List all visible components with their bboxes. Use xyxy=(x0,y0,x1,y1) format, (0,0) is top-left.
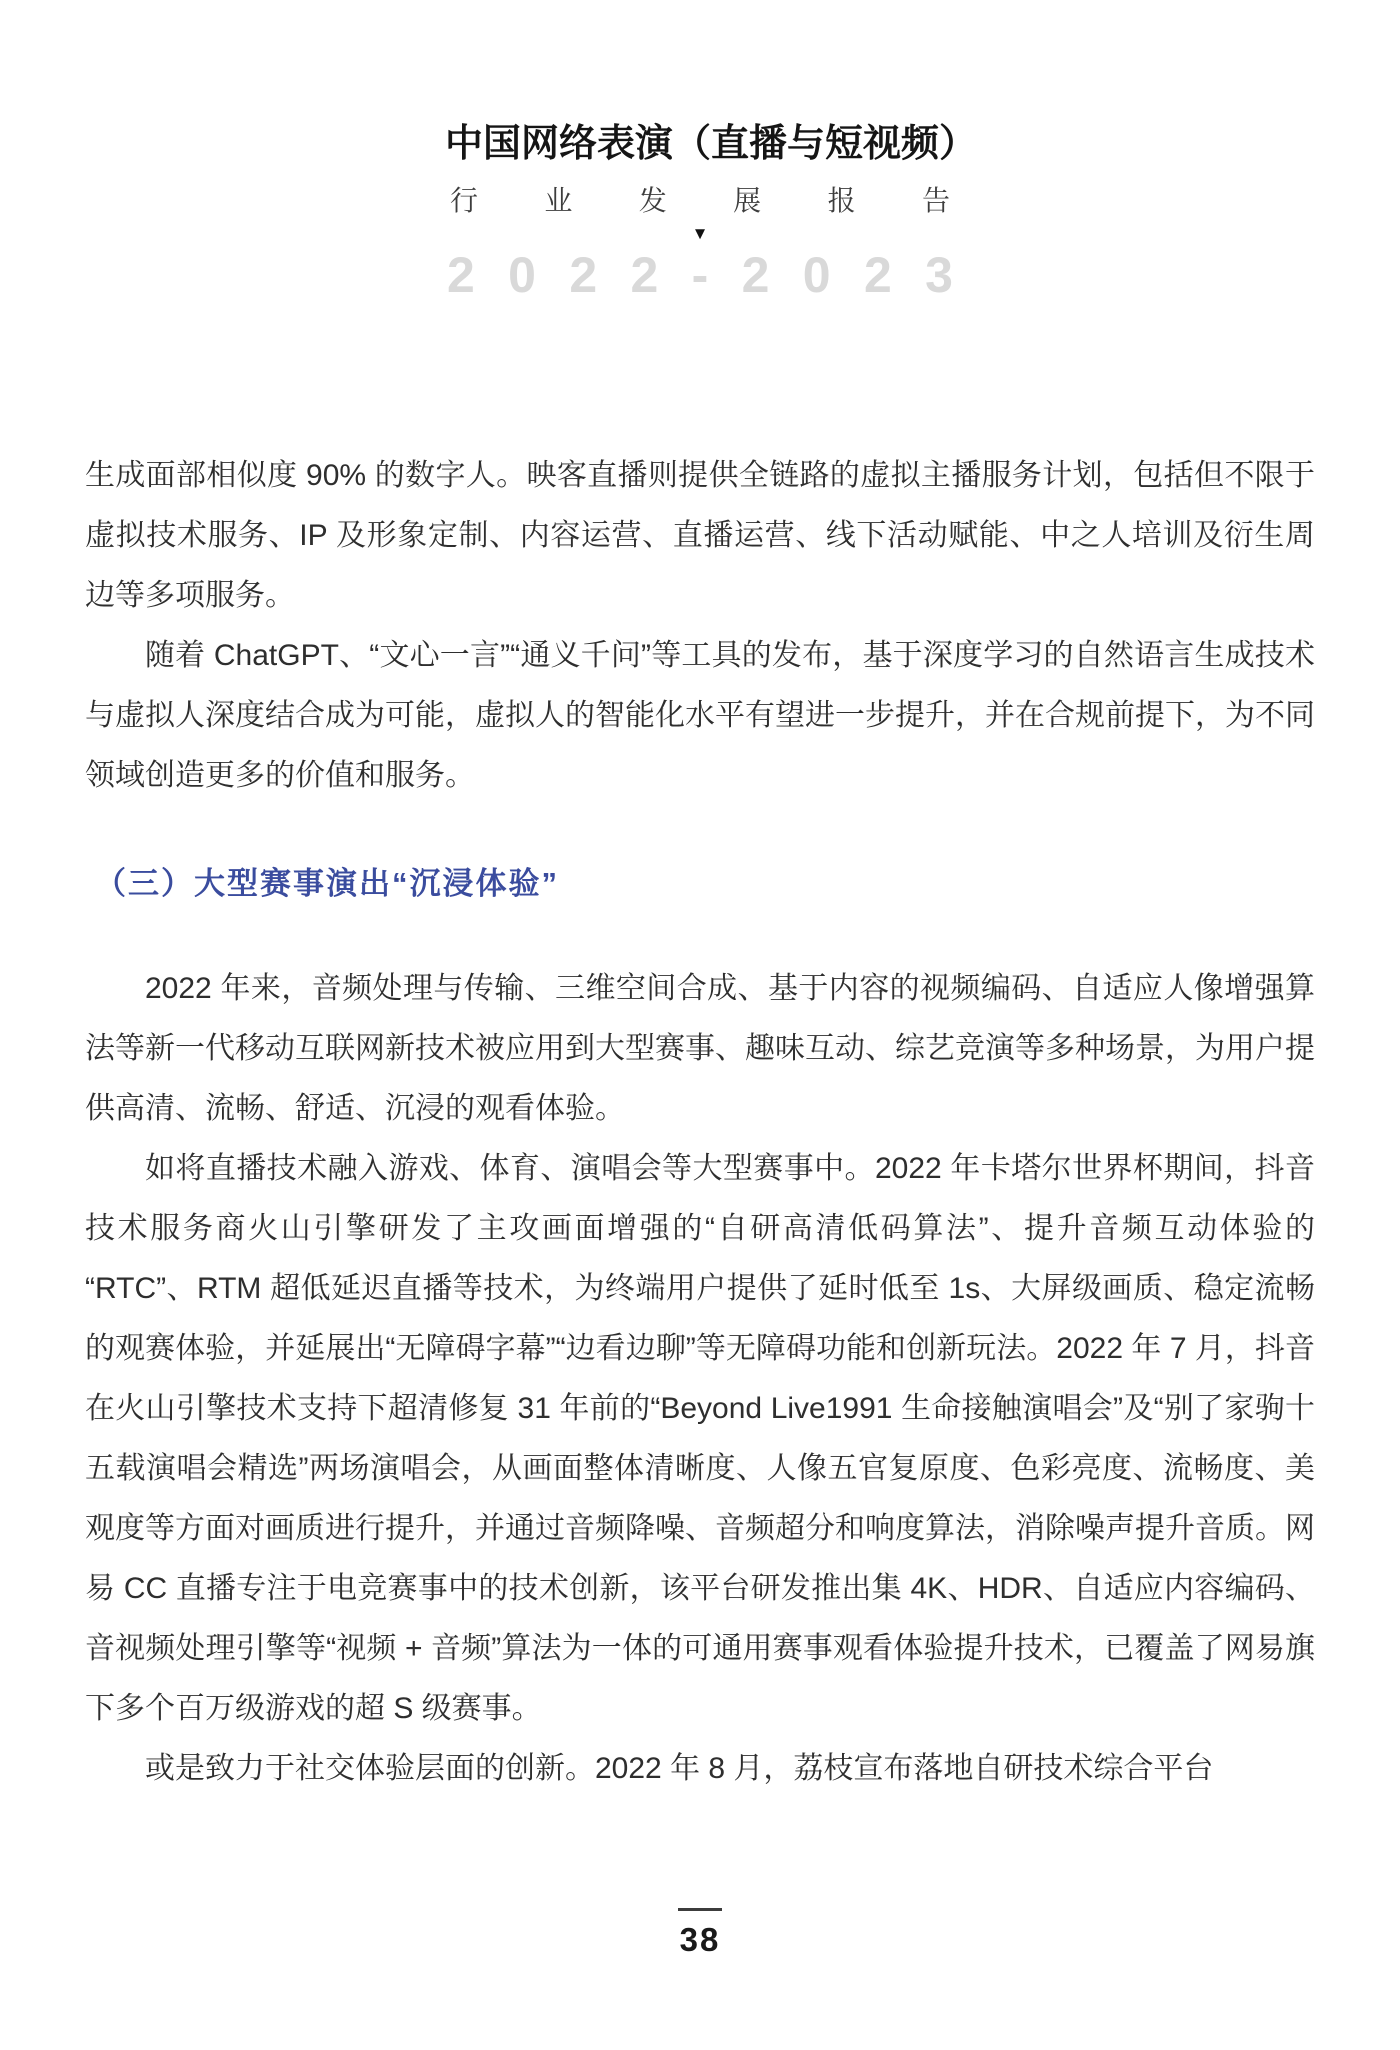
char: 0 xyxy=(803,246,831,304)
report-title: 中国网络表演（直播与短视频） xyxy=(445,112,955,167)
triangle-down-icon: ▼ xyxy=(445,225,955,242)
body-paragraph: 随着 ChatGPT、“文心一言”“通义千问”等工具的发布，基于深度学习的自然语… xyxy=(85,626,1315,806)
char: 行 xyxy=(450,179,478,219)
char: 3 xyxy=(925,246,953,304)
char: 报 xyxy=(828,179,856,219)
char: 0 xyxy=(508,246,536,304)
body-paragraph: 2022 年来，音频处理与传输、三维空间合成、基于内容的视频编码、自适应人像增强… xyxy=(85,959,1315,1139)
char: 2 xyxy=(864,246,892,304)
body-paragraph: 生成面部相似度 90% 的数字人。映客直播则提供全链路的虚拟主播服务计划，包括但… xyxy=(85,446,1315,626)
report-years: 2022-2023 xyxy=(445,246,955,304)
char: 发 xyxy=(639,179,667,219)
char: 业 xyxy=(544,179,572,219)
char: 展 xyxy=(733,179,761,219)
report-header: 中国网络表演（直播与短视频） 行业发展报告 ▼ 2022-2023 xyxy=(445,112,955,304)
page-footer: 38 xyxy=(0,1908,1400,1959)
char: - xyxy=(692,246,709,304)
report-subtitle: 行业发展报告 xyxy=(445,179,955,219)
report-page: 中国网络表演（直播与短视频） 行业发展报告 ▼ 2022-2023 生成面部相似… xyxy=(0,0,1400,2050)
body-paragraph: 如将直播技术融入游戏、体育、演唱会等大型赛事中。2022 年卡塔尔世界杯期间，抖… xyxy=(85,1139,1315,1739)
char: 告 xyxy=(922,179,950,219)
char: 2 xyxy=(630,246,658,304)
body-paragraph: 或是致力于社交体验层面的创新。2022 年 8 月，荔枝宣布落地自研技术综合平台 xyxy=(85,1739,1315,1799)
page-body: 生成面部相似度 90% 的数字人。映客直播则提供全链路的虚拟主播服务计划，包括但… xyxy=(85,446,1315,1799)
char: 2 xyxy=(447,246,475,304)
section-heading: （三）大型赛事演出“沉浸体验” xyxy=(85,858,1315,903)
char: 2 xyxy=(569,246,597,304)
char: 2 xyxy=(742,246,770,304)
page-number: 38 xyxy=(0,1921,1400,1959)
footer-divider xyxy=(678,1908,722,1911)
